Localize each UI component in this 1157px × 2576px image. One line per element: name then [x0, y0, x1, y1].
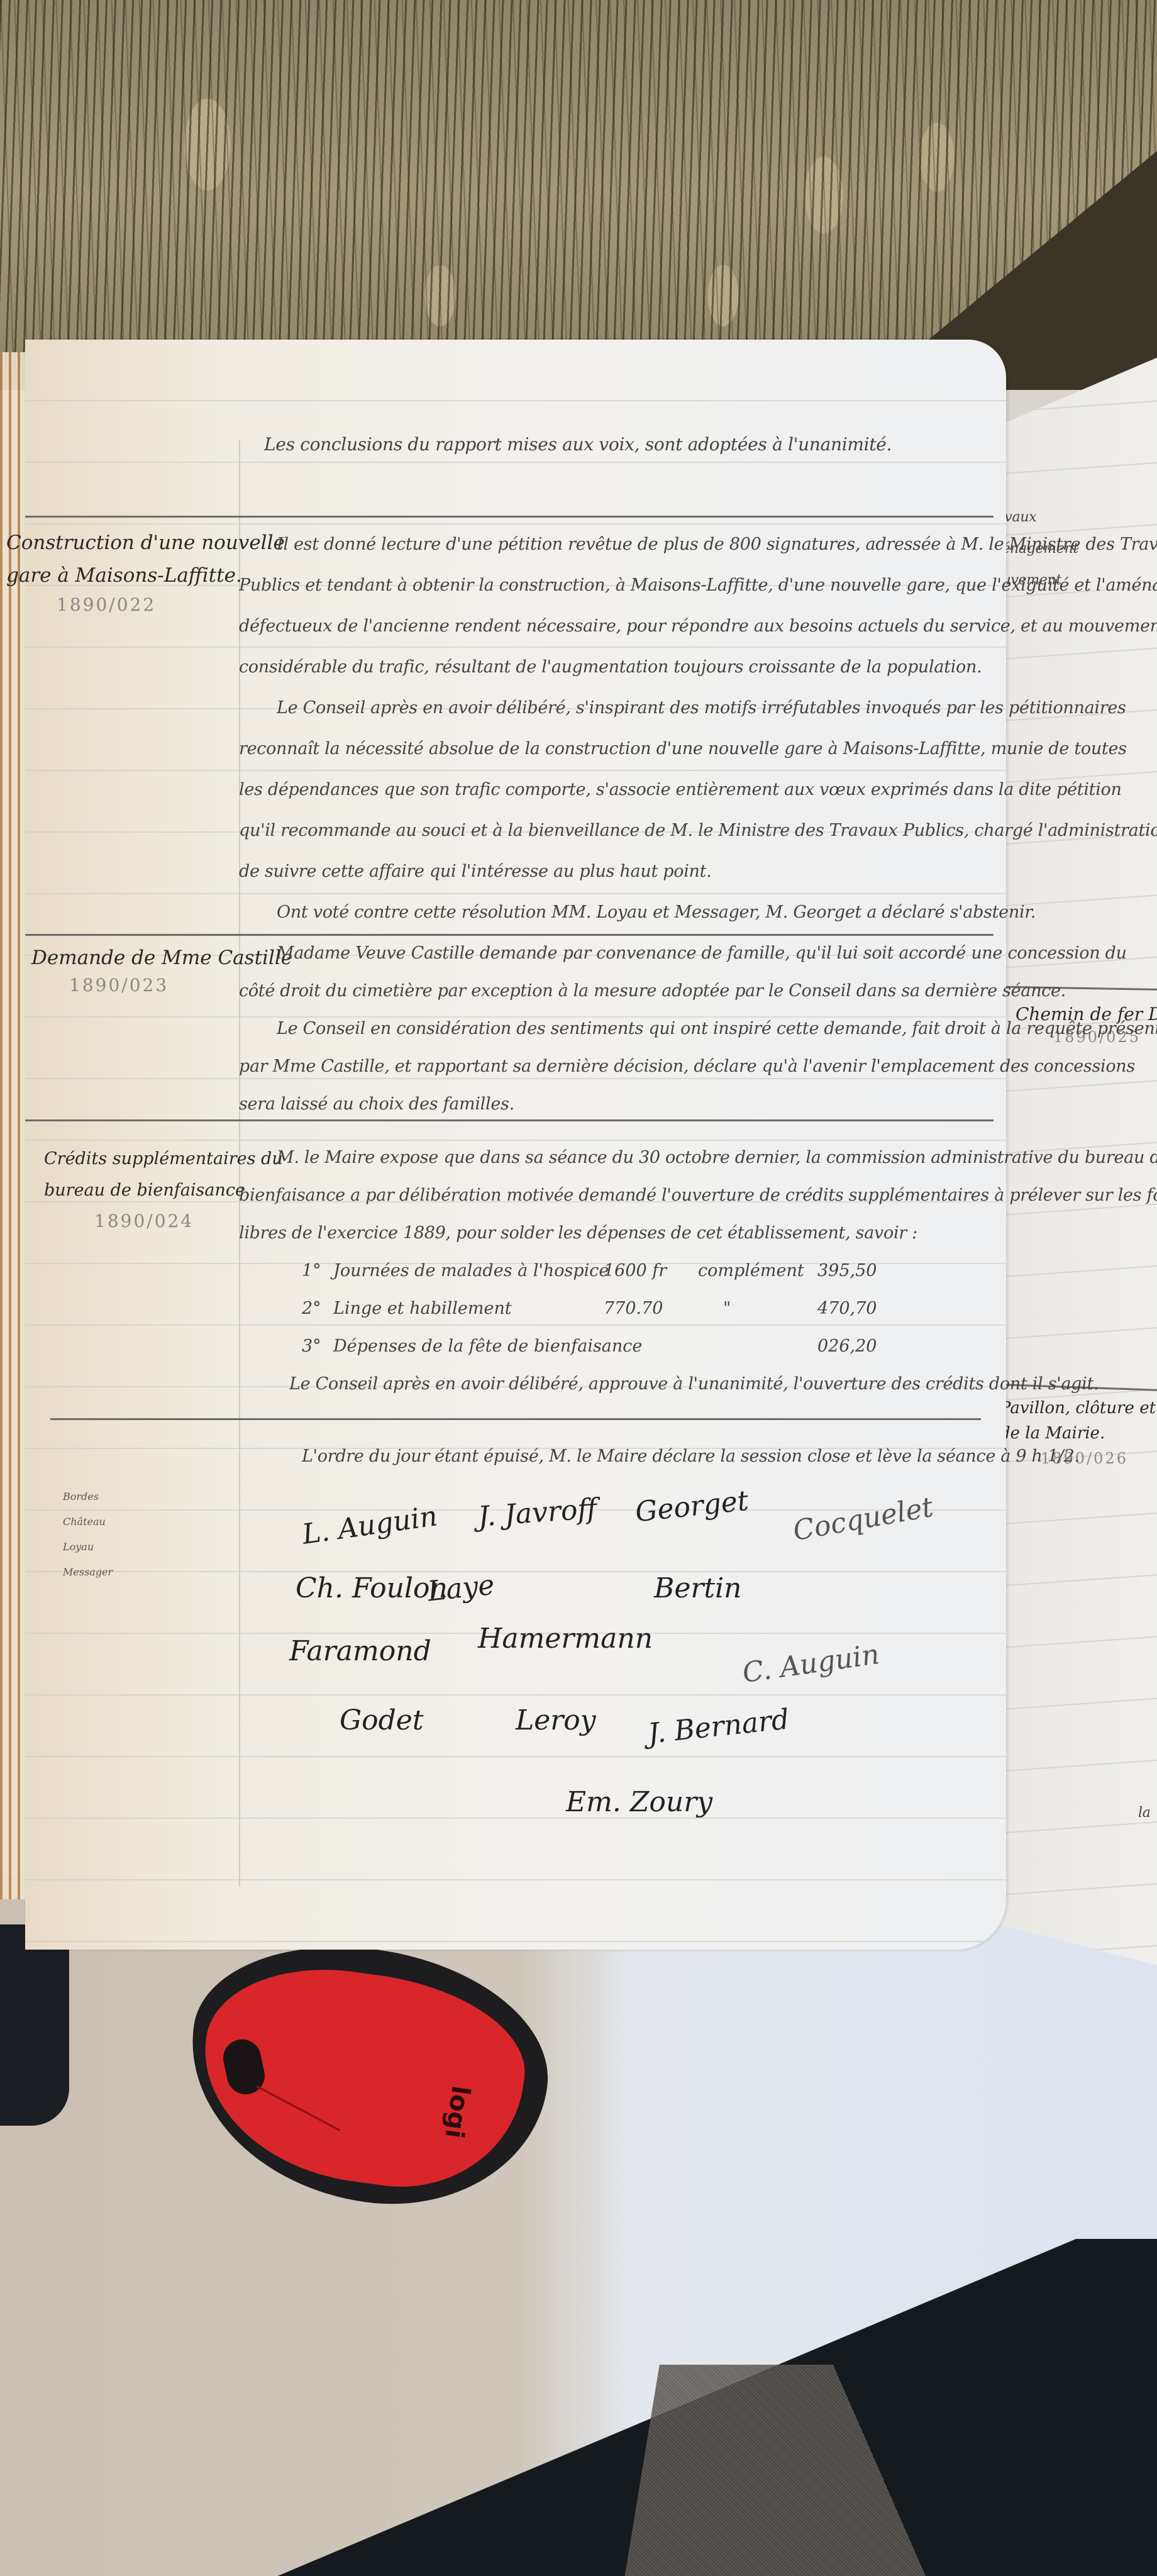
- paragraph-line: reconnaît la nécessité absolue de la con…: [239, 739, 1127, 758]
- paragraph-line: Le Conseil après en avoir délibéré, s'in…: [277, 698, 1126, 718]
- item-label: Dépenses de la fête de bienfaisance: [333, 1336, 642, 1356]
- paragraph-line: Le Conseil après en avoir délibéré, appr…: [289, 1374, 1099, 1394]
- section-divider: [50, 1418, 981, 1420]
- paragraph-line: par Mme Castille, et rapportant sa derni…: [239, 1057, 1135, 1076]
- item-label: Linge et habillement: [333, 1299, 512, 1318]
- section-divider: [25, 1119, 994, 1121]
- signature: Bertin: [654, 1572, 742, 1604]
- mouse-brand-logo: logi: [439, 2084, 475, 2140]
- paragraph-line: libres de l'exercice 1889, pour solder l…: [239, 1223, 917, 1243]
- signature: Ch. Foulon: [296, 1572, 448, 1604]
- margin-title: bureau de bienfaisance.: [44, 1176, 251, 1205]
- paragraph-line: Ont voté contre cette résolution MM. Loy…: [277, 902, 1036, 922]
- section-divider: [25, 516, 994, 518]
- item-number: 1°: [302, 1261, 321, 1280]
- right-fragment: la: [1138, 1805, 1151, 1821]
- item-amount: 770.70: [604, 1299, 663, 1318]
- signature: Faramond: [289, 1635, 431, 1667]
- absent-name: Loyau: [63, 1535, 94, 1560]
- closing-line: L'ordre du jour étant épuisé, M. le Mair…: [302, 1446, 1080, 1466]
- item-number: 3°: [302, 1336, 321, 1356]
- signature: Godet: [340, 1704, 424, 1736]
- paragraph-line: les dépendances que son trafic comporte,…: [239, 780, 1122, 799]
- paragraph-line: de suivre cette affaire qui l'intéresse …: [239, 862, 711, 881]
- item-total: 026,20: [817, 1336, 877, 1356]
- margin-title: Demande de Mme Castille: [31, 943, 292, 972]
- signature: Hamermann: [478, 1623, 653, 1655]
- item-number: 2°: [302, 1299, 321, 1318]
- signature: Leroy: [516, 1704, 596, 1736]
- absent-name: Château: [63, 1509, 106, 1535]
- paragraph-line: considérable du trafic, résultant de l'a…: [239, 657, 982, 677]
- margin-title: gare à Maisons-Laffitte.: [6, 561, 242, 590]
- paragraph-line: Madame Veuve Castille demande par conven…: [277, 943, 1127, 963]
- paragraph-line: qu'il recommande au souci et à la bienve…: [239, 821, 1157, 840]
- left-page: Les conclusions du rapport mises aux voi…: [25, 340, 1006, 1950]
- paragraph-line: défectueux de l'ancienne rendent nécessa…: [239, 616, 1157, 636]
- paragraph-line: Le Conseil en considération des sentimen…: [277, 1019, 1157, 1038]
- signature: Em. Zoury: [566, 1786, 712, 1818]
- paragraph-line: côté droit du cimetière par exception à …: [239, 981, 1066, 1001]
- item-note: ": [723, 1299, 731, 1318]
- paragraph-line: sera laissé au choix des familles.: [239, 1094, 514, 1114]
- paragraph-line: M. le Maire expose que dans sa séance du…: [277, 1148, 1157, 1167]
- margin-title: Crédits supplémentaires du: [44, 1145, 283, 1174]
- paragraph-line: bienfaisance a par délibération motivée …: [239, 1185, 1157, 1205]
- section-divider: [25, 934, 994, 936]
- reference-number: 1890/024: [94, 1211, 194, 1231]
- paragraph-line: Publics et tendant à obtenir la construc…: [239, 575, 1157, 595]
- reference-number: 1890/022: [57, 594, 156, 615]
- device-edge: [0, 1924, 69, 2126]
- mouse-button-split: [256, 2085, 340, 2131]
- item-label: Journées de malades à l'hospice: [333, 1261, 609, 1280]
- top-conclusion-line: Les conclusions du rapport mises aux voi…: [264, 434, 892, 455]
- absent-name: Bordes: [63, 1484, 99, 1509]
- margin-title: Construction d'une nouvelle: [6, 528, 285, 557]
- absent-name: Messager: [63, 1560, 113, 1585]
- item-total: 395,50: [817, 1261, 877, 1280]
- paragraph-line: Il est donné lecture d'une pétition revê…: [277, 535, 1157, 554]
- margin-title: de la Mairie.: [1000, 1421, 1105, 1445]
- item-total: 470,70: [817, 1299, 877, 1318]
- item-note: complément: [698, 1261, 804, 1280]
- item-amount: 1600 fr: [604, 1261, 667, 1280]
- reference-number: 1890/023: [69, 975, 169, 996]
- margin-title: Pavillon, clôture et mobilier: [1000, 1396, 1157, 1420]
